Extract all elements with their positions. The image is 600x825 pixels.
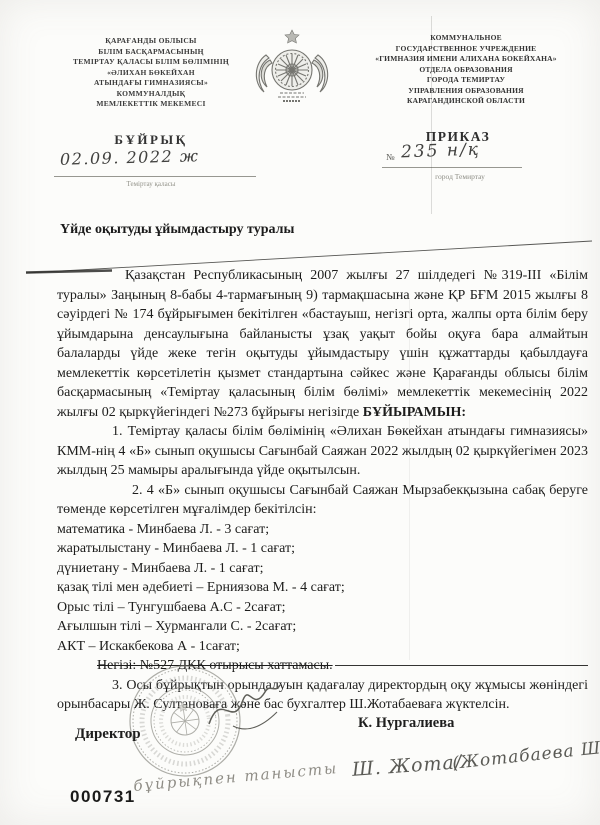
letterhead-kazakh: ҚАРАҒАНДЫ ОБЛЫСЫ БІЛІМ БАСҚАРМАСЫНЫҢ ТЕМ… (50, 36, 252, 110)
letterhead-kk-line: «ӘЛИХАН БӨКЕЙХАН (50, 68, 252, 79)
subject-line: дүниетану - Минбаева Л. - 1 сағат; (57, 559, 588, 579)
place-russian: город Темиртау (392, 172, 528, 181)
number-sign-label: № (386, 152, 395, 162)
scanned-order-document: ҚАРАҒАНДЫ ОБЛЫСЫ БІЛІМ БАСҚАРМАСЫНЫҢ ТЕМ… (0, 0, 600, 825)
handwritten-order-number: 235 н/қ (401, 140, 481, 163)
letterhead-ru-line: ГОРОДА ТЕМИРТАУ (340, 75, 592, 86)
strikeout-rule-line (335, 665, 588, 666)
date-underline (54, 176, 256, 177)
order-item-1: 1. Теміртау қаласы білім бөлімінің «Әлих… (57, 422, 588, 481)
order-word-kazakh: БҰЙРЫҚ (50, 132, 252, 148)
letterhead-kk-line: БІЛІМ БАСҚАРМАСЫНЫҢ (50, 47, 252, 58)
order-item-2: 2. 4 «Б» сынып оқушысы Сағынбай Саяжан М… (57, 481, 588, 520)
letterhead-kk-line: АТЫНДАҒЫ ГИМНАЗИЯСЫ» (50, 78, 252, 89)
letterhead-kk-line: ТЕМІРТАУ ҚАЛАСЫ БІЛІМ БӨЛІМІНІҢ (50, 57, 252, 68)
number-underline (382, 167, 522, 168)
director-name: К. Нургалиева (358, 715, 454, 732)
letterhead-ru-line: ОТДЕЛА ОБРАЗОВАНИЯ (340, 65, 592, 76)
letterhead-ru-line: УПРАВЛЕНИЯ ОБРАЗОВАНИЯ (340, 86, 592, 97)
letterhead-russian: КОММУНАЛЬНОЕ ГОСУДАРСТВЕННОЕ УЧРЕЖДЕНИЕ … (340, 33, 592, 107)
subject-line: Орыс тілі – Тунгушбаева А.С - 2сағат; (57, 598, 588, 618)
place-kazakh: Теміртау қаласы (50, 180, 252, 188)
handwritten-signature: Ш. Жота/ (351, 751, 463, 781)
subject-line: математика - Минбаева Л. - 3 сағат; (57, 520, 588, 540)
subject-line: қазақ тілі мен әдебиеті – Ерниязова М. -… (57, 578, 588, 598)
letterhead-kk-line: ҚАРАҒАНДЫ ОБЛЫСЫ (50, 36, 252, 47)
resolution-word: БҰЙЫРАМЫН: (363, 405, 466, 420)
form-serial-number: 000731 (70, 787, 136, 807)
letterhead-kk-line: МЕМЛЕКЕТТІК МЕКЕМЕСІ (50, 99, 252, 110)
document-subject-title: Үйде оқытуды ұйымдастыру туралы (60, 220, 310, 239)
subject-list: математика - Минбаева Л. - 3 сағат; жара… (57, 520, 588, 657)
intro-text: Қазақстан Республикасының 2007 жылғы 27 … (57, 268, 588, 420)
handwritten-surname: (Жотабаева Ш (451, 738, 600, 774)
director-label: Директор (75, 726, 141, 743)
letterhead-ru-line: ГОСУДАРСТВЕННОЕ УЧРЕЖДЕНИЕ (340, 44, 592, 55)
intro-paragraph: Қазақстан Республикасының 2007 жылғы 27 … (57, 266, 588, 422)
handwritten-date: 02.09. 2022 ж (60, 146, 200, 169)
scan-fold-crease-vertical (431, 16, 432, 214)
subject-line: Ағылшын тілі – Хурмангали С. - 2сағат; (57, 617, 588, 637)
letterhead-ru-line: КАРАГАНДИНСКОЙ ОБЛАСТИ (340, 96, 592, 107)
letterhead-ru-line: «ГИМНАЗИЯ ИМЕНИ АЛИХАНА БОКЕЙХАНА» (340, 54, 592, 65)
kazakhstan-emblem-icon (252, 27, 332, 116)
subject-line: жаратылыстану - Минбаева Л. - 1 сағат; (57, 539, 588, 559)
letterhead-ru-line: КОММУНАЛЬНОЕ (340, 33, 592, 44)
director-signature-icon (203, 680, 283, 743)
order-body-text: Қазақстан Республикасының 2007 жылғы 27 … (57, 266, 588, 715)
subject-line: АКТ – Искакбекова А - 1сағат; (57, 637, 588, 657)
letterhead-kk-line: КОММУНАЛДЫҚ (50, 89, 252, 100)
